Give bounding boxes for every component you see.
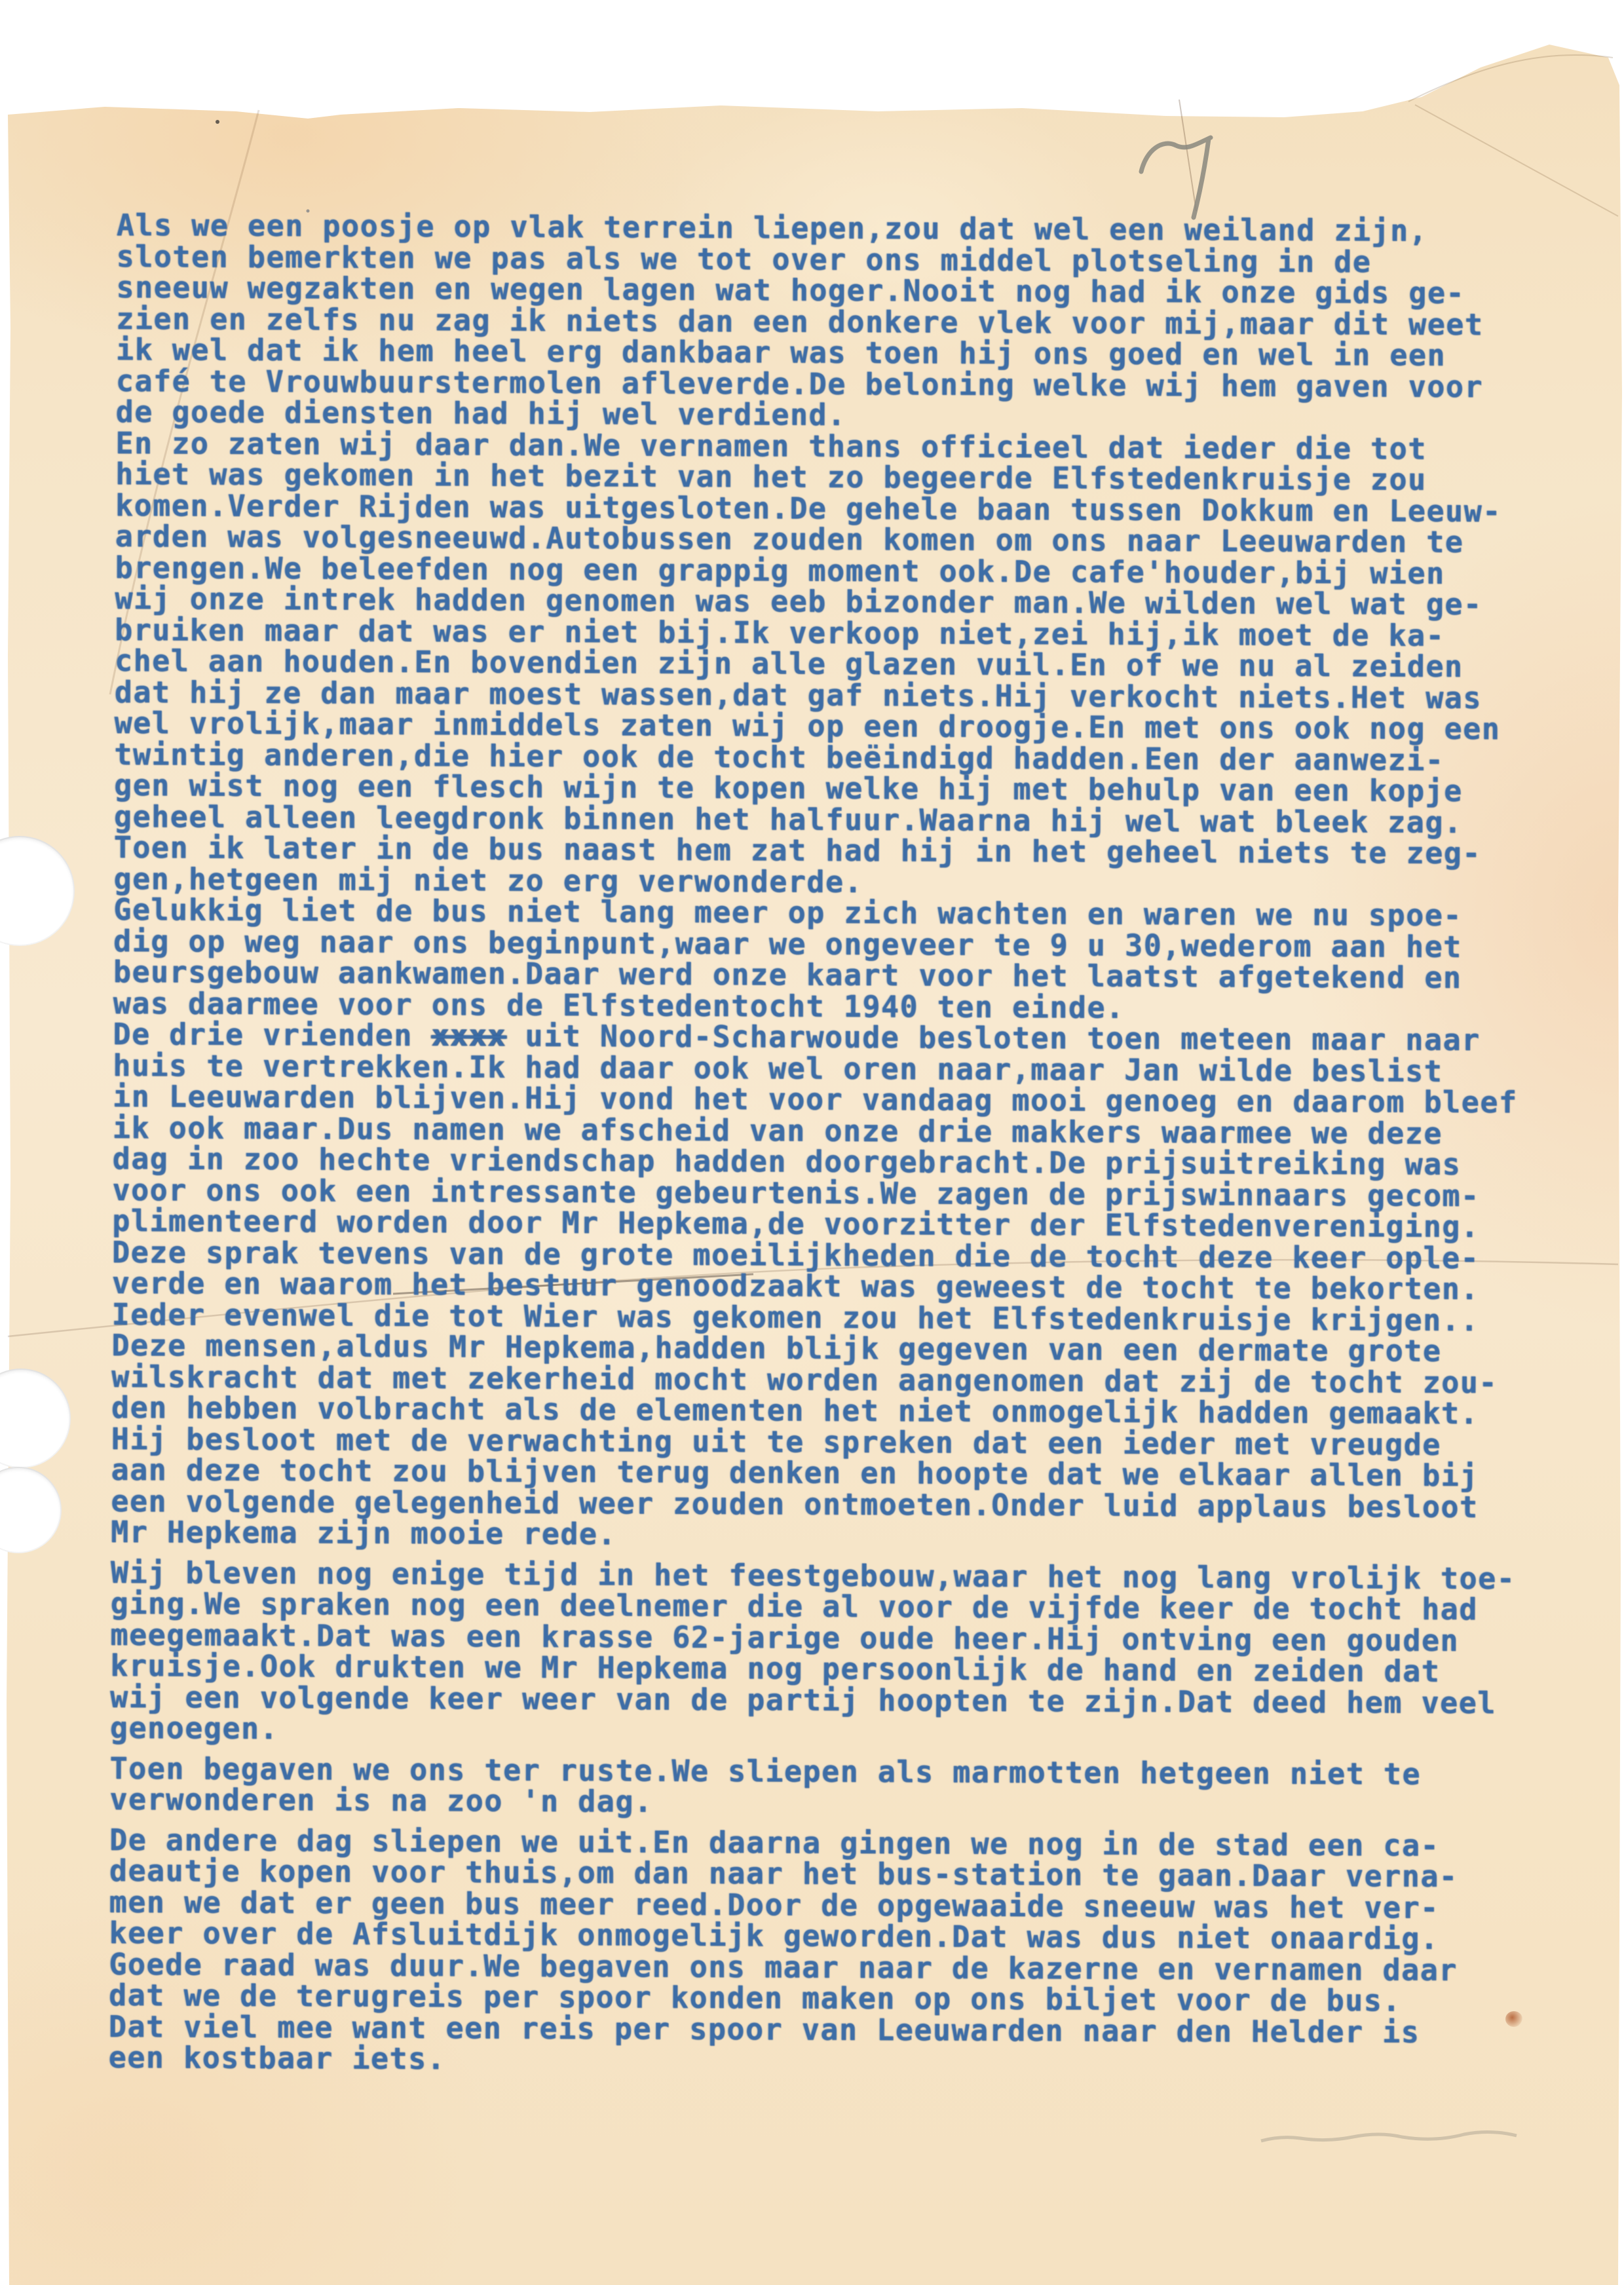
paragraph: De andere dag sliepen we uit.En daarna g…	[109, 1824, 1558, 2079]
scanned-document: Als we een poosje op vlak terrein liepen…	[0, 0, 1624, 2285]
paragraph: Toen begaven we ons ter ruste.We sliepen…	[109, 1752, 1557, 1821]
paragraph: Als we een poosje op vlak terrein liepen…	[111, 210, 1564, 1554]
paragraph: Wij bleven nog enige tijd in het feestge…	[110, 1557, 1558, 1750]
rust-stain	[1505, 2011, 1522, 2027]
typed-line: wij een volgende keer weer van de partij…	[110, 1681, 1558, 1718]
typed-text: Als we een poosje op vlak terrein liepen…	[109, 210, 1564, 2079]
struck-out-word: xxxx	[431, 1018, 506, 1053]
